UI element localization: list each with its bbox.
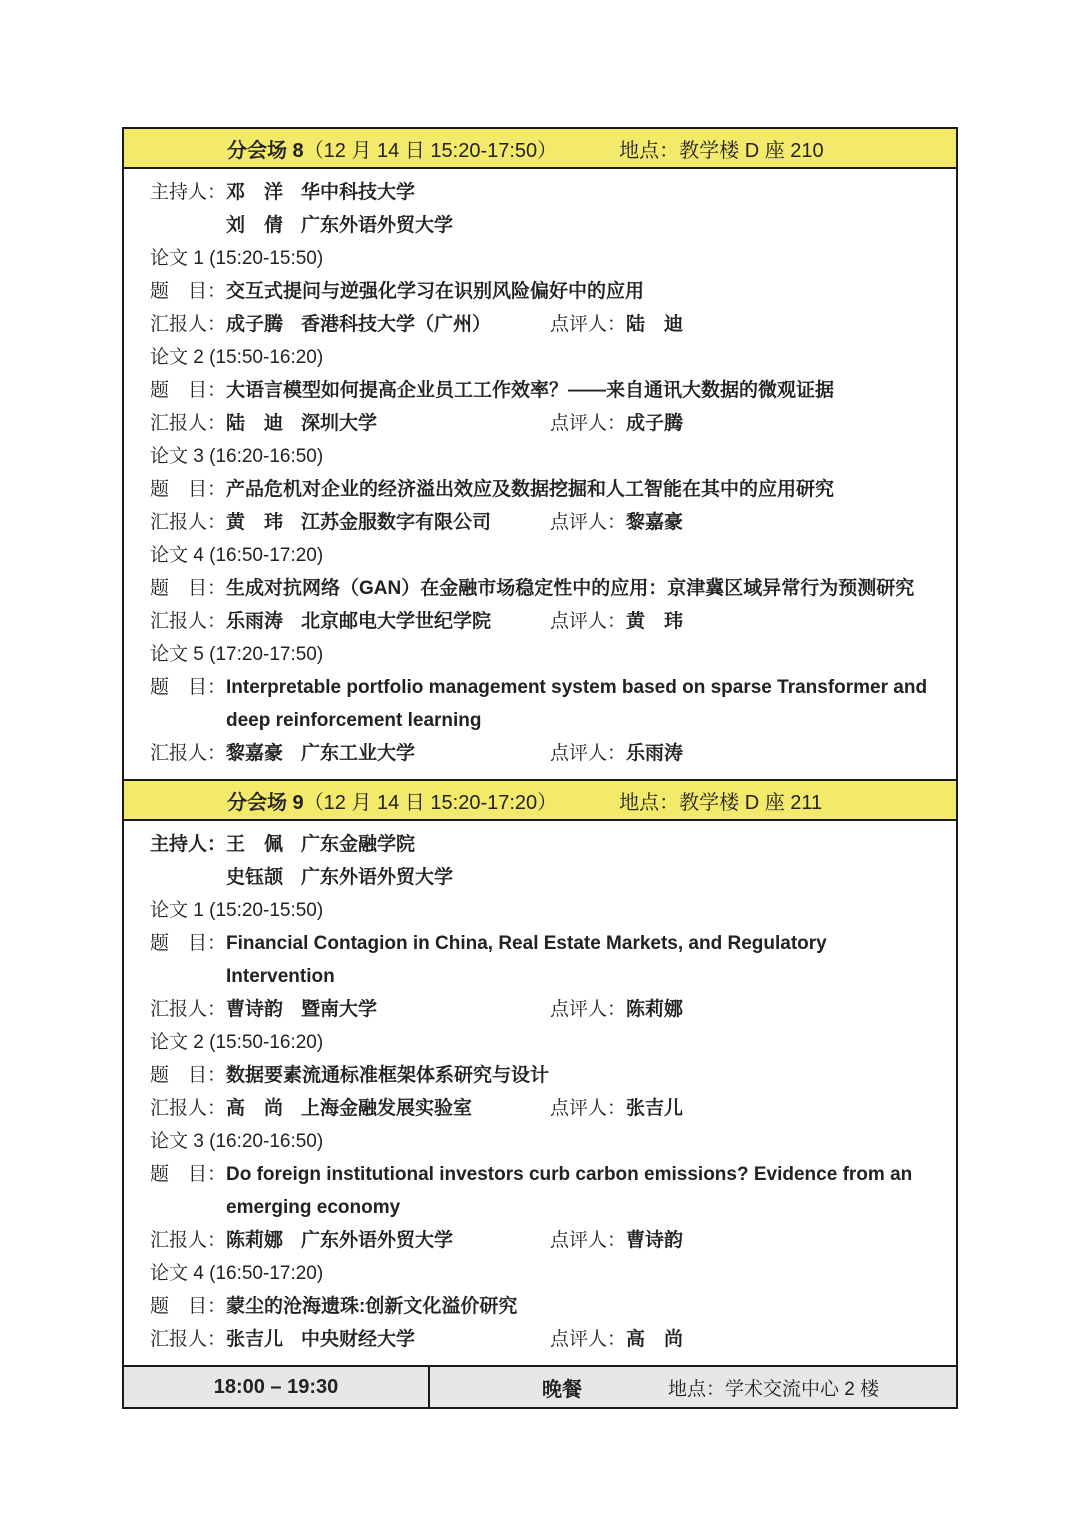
reviewer-name: 乐雨涛 <box>626 743 683 764</box>
reviewer-label: 点评人： <box>550 611 626 632</box>
reviewer-name: 陆 迪 <box>626 314 683 335</box>
reviewer-name: 黎嘉豪 <box>626 512 683 533</box>
session-8-header: 分会场 8（12 月 14 日 15:20-17:50） 地点：教学楼 D 座 … <box>124 129 956 169</box>
reviewer-group: 点评人：张吉儿 <box>550 1092 683 1125</box>
program-table: 分会场 8（12 月 14 日 15:20-17:50） 地点：教学楼 D 座 … <box>122 127 958 1409</box>
presenter-name: 张吉儿 <box>226 1329 283 1350</box>
chair-label: 主持人： <box>150 834 226 855</box>
reviewer-group: 点评人：乐雨涛 <box>550 737 683 770</box>
chair-affiliation: 广东外语外贸大学 <box>301 215 453 236</box>
reviewer-group: 点评人：成子腾 <box>550 407 683 440</box>
paper-people-row: 汇报人：黎嘉豪广东工业大学 点评人：乐雨涛 <box>150 737 930 770</box>
reviewer-name: 曹诗韵 <box>626 1230 683 1251</box>
presenter-label: 汇报人： <box>150 413 226 434</box>
presenter-label: 汇报人： <box>150 1329 226 1350</box>
paper-index: 论文 1 (15:20-15:50) <box>150 894 930 927</box>
paper-title-row: 题 目：生成对抗网络（GAN）在金融市场稳定性中的应用：京津冀区域异常行为预测研… <box>150 572 930 605</box>
presenter-affiliation: 深圳大学 <box>301 413 377 434</box>
paper-index: 论文 5 (17:20-17:50) <box>150 638 930 671</box>
title-label: 题 目： <box>150 671 226 737</box>
chair-row: 主持人：邓 洋华中科技大学 <box>150 176 930 209</box>
conference-program-page: 分会场 8（12 月 14 日 15:20-17:50） 地点：教学楼 D 座 … <box>0 0 1080 1527</box>
reviewer-name: 张吉儿 <box>626 1098 683 1119</box>
chair-row: 主持人：王 佩广东金融学院 <box>150 828 930 861</box>
title-label: 题 目： <box>150 374 226 407</box>
presenter-name: 曹诗韵 <box>226 999 283 1020</box>
reviewer-name: 黄 玮 <box>626 611 683 632</box>
paper-index: 论文 2 (15:50-16:20) <box>150 341 930 374</box>
dinner-location: 地点：学术交流中心 2 楼 <box>668 1374 879 1401</box>
presenter-affiliation: 江苏金服数字有限公司 <box>301 512 491 533</box>
paper-index: 论文 3 (16:20-16:50) <box>150 440 930 473</box>
presenter-label: 汇报人： <box>150 1098 226 1119</box>
reviewer-group: 点评人：高 尚 <box>550 1323 683 1356</box>
chair-label: 主持人： <box>150 182 226 203</box>
reviewer-label: 点评人： <box>550 1098 626 1119</box>
reviewer-name: 成子腾 <box>626 413 683 434</box>
chair-affiliation: 广东外语外贸大学 <box>301 867 453 888</box>
title-label: 题 目： <box>150 1290 226 1323</box>
presenter-affiliation: 北京邮电大学世纪学院 <box>301 611 491 632</box>
paper-title: Interpretable portfolio management syste… <box>226 671 930 737</box>
paper-index: 论文 4 (16:50-17:20) <box>150 539 930 572</box>
session-8-name: 分会场 8 <box>227 134 304 163</box>
paper-people-row: 汇报人：张吉儿中央财经大学 点评人：高 尚 <box>150 1323 930 1356</box>
chair-name: 王 佩 <box>226 834 283 855</box>
session-8-location: 地点：教学楼 D 座 210 <box>619 134 823 163</box>
paper-title-row: 题 目：大语言模型如何提高企业员工工作效率？——来自通讯大数据的微观证据 <box>150 374 930 407</box>
presenter-name: 黎嘉豪 <box>226 743 283 764</box>
dinner-event: 晚餐 <box>542 1373 582 1402</box>
reviewer-group: 点评人：黎嘉豪 <box>550 506 683 539</box>
paper-title: Do foreign institutional investors curb … <box>226 1158 930 1224</box>
dinner-detail-cell: 晚餐 地点：学术交流中心 2 楼 <box>430 1367 956 1407</box>
paper-index: 论文 2 (15:50-16:20) <box>150 1026 930 1059</box>
chair-row: 刘 倩广东外语外贸大学 <box>150 209 930 242</box>
paper-title: Financial Contagion in China, Real Estat… <box>226 927 930 993</box>
presenter-name: 黄 玮 <box>226 512 283 533</box>
presenter-affiliation: 香港科技大学（广州） <box>301 314 491 335</box>
paper-people-row: 汇报人：曹诗韵暨南大学 点评人：陈莉娜 <box>150 993 930 1026</box>
reviewer-group: 点评人：陆 迪 <box>550 308 683 341</box>
chair-affiliation: 广东金融学院 <box>301 834 415 855</box>
paper-title-row: 题 目：数据要素流通标准框架体系研究与设计 <box>150 1059 930 1092</box>
reviewer-label: 点评人： <box>550 1329 626 1350</box>
session-9-body: 主持人：王 佩广东金融学院 史钰颉广东外语外贸大学 论文 1 (15:20-15… <box>124 821 956 1365</box>
presenter-affiliation: 广东外语外贸大学 <box>301 1230 453 1251</box>
presenter-label: 汇报人： <box>150 999 226 1020</box>
presenter-name: 陆 迪 <box>226 413 283 434</box>
reviewer-group: 点评人：陈莉娜 <box>550 993 683 1026</box>
paper-people-row: 汇报人：陆 迪深圳大学 点评人：成子腾 <box>150 407 930 440</box>
chair-name: 史钰颉 <box>226 867 283 888</box>
reviewer-label: 点评人： <box>550 512 626 533</box>
paper-title: 蒙尘的沧海遗珠:创新文化溢价研究 <box>226 1290 517 1323</box>
presenter-affiliation: 暨南大学 <box>301 999 377 1020</box>
reviewer-label: 点评人： <box>550 1230 626 1251</box>
paper-title: 数据要素流通标准框架体系研究与设计 <box>226 1059 549 1092</box>
reviewer-label: 点评人： <box>550 999 626 1020</box>
presenter-label: 汇报人： <box>150 611 226 632</box>
paper-title-row: 题 目：Interpretable portfolio management s… <box>150 671 930 737</box>
paper-people-row: 汇报人：黄 玮江苏金服数字有限公司 点评人：黎嘉豪 <box>150 506 930 539</box>
session-8-body: 主持人：邓 洋华中科技大学 刘 倩广东外语外贸大学 论文 1 (15:20-15… <box>124 169 956 779</box>
paper-index: 论文 1 (15:20-15:50) <box>150 242 930 275</box>
reviewer-name: 高 尚 <box>626 1329 683 1350</box>
chair-affiliation: 华中科技大学 <box>301 182 415 203</box>
session-9-header: 分会场 9（12 月 14 日 15:20-17:20） 地点：教学楼 D 座 … <box>124 779 956 821</box>
presenter-label: 汇报人： <box>150 1230 226 1251</box>
title-label: 题 目： <box>150 927 226 993</box>
reviewer-label: 点评人： <box>550 743 626 764</box>
presenter-affiliation: 上海金融发展实验室 <box>301 1098 472 1119</box>
paper-people-row: 汇报人：成子腾香港科技大学（广州） 点评人：陆 迪 <box>150 308 930 341</box>
session-8-time: （12 月 14 日 15:20-17:50） <box>304 134 557 163</box>
session-9-name: 分会场 9 <box>227 786 304 815</box>
paper-title: 大语言模型如何提高企业员工工作效率？——来自通讯大数据的微观证据 <box>226 374 834 407</box>
dinner-time: 18:00 – 19:30 <box>124 1367 430 1407</box>
presenter-affiliation: 中央财经大学 <box>301 1329 415 1350</box>
chair-name: 邓 洋 <box>226 182 283 203</box>
presenter-name: 高 尚 <box>226 1098 283 1119</box>
paper-title-row: 题 目：产品危机对企业的经济溢出效应及数据挖掘和人工智能在其中的应用研究 <box>150 473 930 506</box>
presenter-name: 成子腾 <box>226 314 283 335</box>
paper-title: 生成对抗网络（GAN）在金融市场稳定性中的应用：京津冀区域异常行为预测研究 <box>226 572 914 605</box>
reviewer-label: 点评人： <box>550 314 626 335</box>
presenter-name: 陈莉娜 <box>226 1230 283 1251</box>
title-label: 题 目： <box>150 473 226 506</box>
title-label: 题 目： <box>150 1059 226 1092</box>
paper-people-row: 汇报人：高 尚上海金融发展实验室 点评人：张吉儿 <box>150 1092 930 1125</box>
paper-title: 产品危机对企业的经济溢出效应及数据挖掘和人工智能在其中的应用研究 <box>226 473 834 506</box>
title-label: 题 目： <box>150 275 226 308</box>
reviewer-group: 点评人：曹诗韵 <box>550 1224 683 1257</box>
reviewer-label: 点评人： <box>550 413 626 434</box>
dinner-row: 18:00 – 19:30 晚餐 地点：学术交流中心 2 楼 <box>124 1365 956 1407</box>
paper-title-row: 题 目：Financial Contagion in China, Real E… <box>150 927 930 993</box>
reviewer-group: 点评人：黄 玮 <box>550 605 683 638</box>
presenter-label: 汇报人： <box>150 512 226 533</box>
presenter-label: 汇报人： <box>150 314 226 335</box>
paper-title-row: 题 目：交互式提问与逆强化学习在识别风险偏好中的应用 <box>150 275 930 308</box>
paper-people-row: 汇报人：陈莉娜广东外语外贸大学 点评人：曹诗韵 <box>150 1224 930 1257</box>
presenter-affiliation: 广东工业大学 <box>301 743 415 764</box>
presenter-label: 汇报人： <box>150 743 226 764</box>
presenter-name: 乐雨涛 <box>226 611 283 632</box>
paper-index: 论文 3 (16:20-16:50) <box>150 1125 930 1158</box>
chair-row: 史钰颉广东外语外贸大学 <box>150 861 930 894</box>
reviewer-name: 陈莉娜 <box>626 999 683 1020</box>
paper-title: 交互式提问与逆强化学习在识别风险偏好中的应用 <box>226 275 644 308</box>
paper-index: 论文 4 (16:50-17:20) <box>150 1257 930 1290</box>
title-label: 题 目： <box>150 572 226 605</box>
chair-name: 刘 倩 <box>226 215 283 236</box>
session-9-location: 地点：教学楼 D 座 211 <box>619 786 822 815</box>
session-9-time: （12 月 14 日 15:20-17:20） <box>304 786 557 815</box>
title-label: 题 目： <box>150 1158 226 1224</box>
paper-title-row: 题 目：蒙尘的沧海遗珠:创新文化溢价研究 <box>150 1290 930 1323</box>
paper-people-row: 汇报人：乐雨涛北京邮电大学世纪学院 点评人：黄 玮 <box>150 605 930 638</box>
paper-title-row: 题 目：Do foreign institutional investors c… <box>150 1158 930 1224</box>
